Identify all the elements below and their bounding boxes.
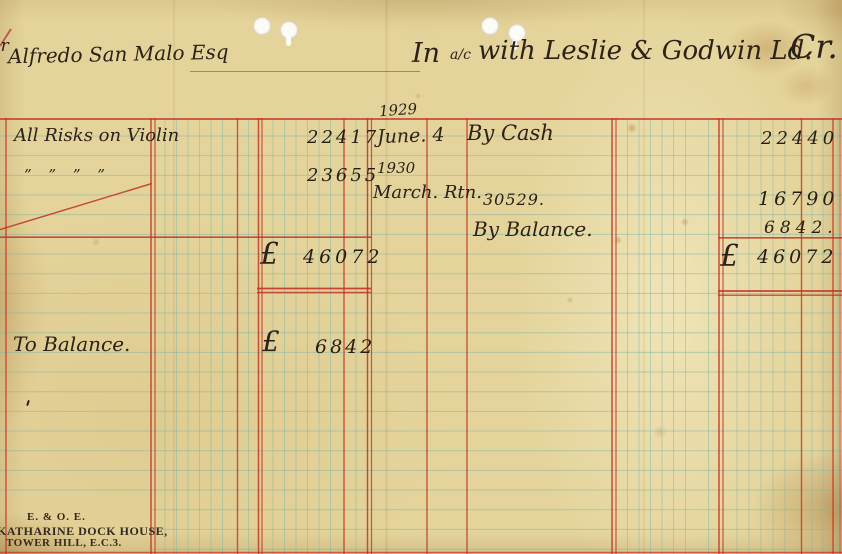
- credit-total-currency-sign: £: [720, 242, 739, 272]
- balance-amount: 6842: [315, 338, 375, 357]
- paper-crease: [385, 0, 388, 554]
- address-line-1: KATHARINE DOCK HOUSE,: [0, 525, 168, 537]
- credit-row-description: By Cash: [467, 123, 554, 144]
- address-line-2: TOWER HILL, E.C.3.: [6, 538, 122, 549]
- ledger-grid: [0, 0, 842, 554]
- debit-total-amount: 46072: [303, 248, 383, 267]
- header-baseline-rule: [190, 71, 420, 72]
- credit-row-date: June. 4: [377, 126, 445, 147]
- credit-row-amount: 22440: [761, 130, 838, 148]
- credit-year-1930: 1930: [377, 161, 415, 176]
- balance-description: To Balance.: [13, 334, 130, 354]
- credit-row-description: By Balance.: [473, 219, 593, 239]
- paper-crease: [173, 0, 175, 554]
- header-account-symbol: a/c: [450, 48, 471, 62]
- ledger-sheet: Dr Alfredo San Malo Esq In a/c with Lesl…: [0, 0, 842, 554]
- debit-row-amount: 23655: [307, 167, 379, 185]
- debit-total-currency-sign: £: [260, 240, 279, 270]
- punch-hole: [253, 17, 271, 35]
- firm-name: with Leslie & Godwin Ld.: [478, 38, 813, 64]
- header-in-prefix: In: [412, 40, 440, 67]
- credit-total-amount: 46072: [757, 248, 837, 267]
- paper-crease: [643, 0, 645, 554]
- punch-hole: [481, 17, 499, 35]
- credit-side-label: Cr.: [790, 30, 838, 63]
- debit-row-ditto-marks: ” ” ” ”: [24, 168, 105, 183]
- credit-row-date: March. Rtn.: [373, 184, 482, 202]
- errors-omissions-label: E. & O. E.: [27, 512, 86, 523]
- credit-row-reference: 30529.: [483, 192, 545, 208]
- credit-row-amount: 16790: [758, 190, 838, 209]
- punch-hole-tear: [286, 36, 291, 46]
- credit-row-amount: 6842.: [764, 220, 838, 237]
- balance-currency-sign: £: [262, 328, 280, 356]
- account-holder-name: Alfredo San Malo Esq: [8, 42, 229, 67]
- debit-row-amount: 22417: [307, 129, 379, 147]
- debit-row-description: All Risks on Violin: [14, 127, 179, 145]
- credit-year-1929: 1929: [379, 102, 418, 120]
